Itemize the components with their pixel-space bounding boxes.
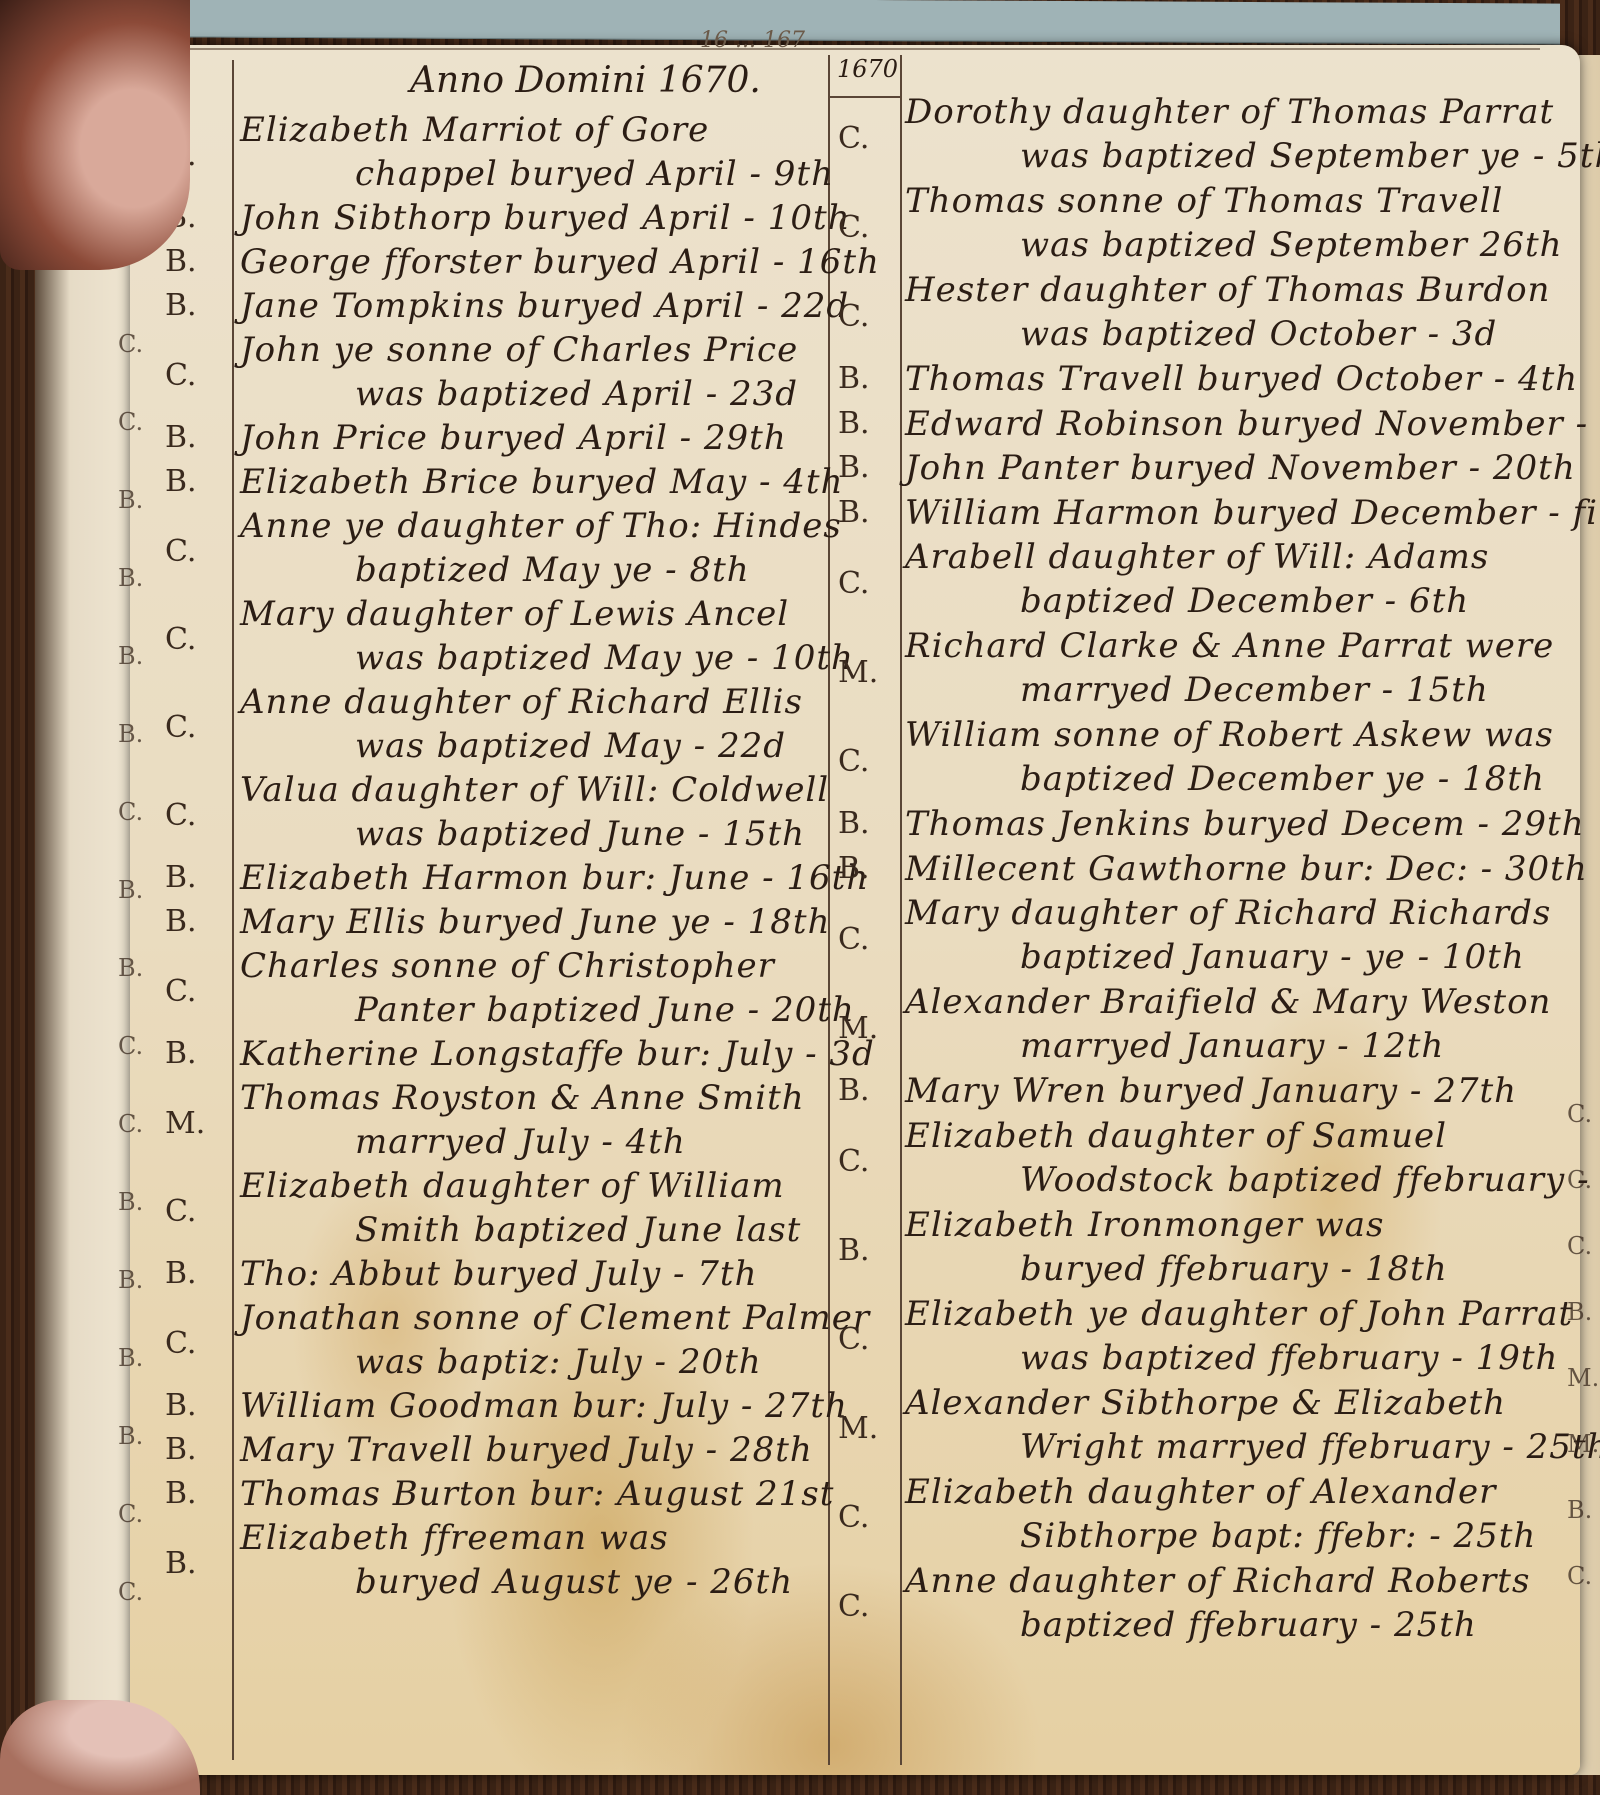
holding-thumb-top [0,0,190,270]
entry-type-mark: M. [165,1106,205,1141]
entry-type-mark: B. [838,851,870,886]
entry-line-name: Thomas Travell buryed October - 4th [905,357,1578,401]
register-entry: Thomas sonne of Thomas Travellwas baptiz… [905,179,1563,267]
register-entry: Elizabeth Marriot of Gorechappel buryed … [240,108,834,196]
register-entry: William sonne of Robert Askew wasbaptize… [905,713,1554,801]
entry-line-date: was baptized ffebruary - 19th [905,1336,1573,1380]
entry-line-name: Mary daughter of Richard Richards [905,891,1551,935]
entry-line-name: John Sibthorp buryed April - 10th [240,196,851,240]
margin-mark: C. [118,798,143,826]
register-entry: Thomas Jenkins buryed Decem - 29th [905,802,1585,846]
register-entry: Dorothy daughter of Thomas Parratwas bap… [905,90,1600,178]
margin-mark: C. [118,1500,143,1528]
margin-mark: C. [118,1032,143,1060]
register-entry: Elizabeth Brice buryed May - 4th [240,460,844,504]
entry-line-date: Smith baptized June last [240,1208,801,1252]
entry-type-mark: M. [838,1011,878,1046]
register-entry: Elizabeth daughter of SamuelWoodstock ba… [905,1114,1600,1202]
register-entry: Anne ye daughter of Tho: Hindesbaptized … [240,504,842,592]
margin-mark: B. [118,486,143,514]
register-entry: Hester daughter of Thomas Burdonwas bapt… [905,268,1550,356]
entry-type-mark: M. [838,655,878,690]
entry-type-mark: C. [838,1589,869,1624]
entry-line-name: Arabell daughter of Will: Adams [905,535,1489,579]
entry-line-date: marryed December - 15th [905,668,1554,712]
register-entry: William Harmon buryed December - first [905,491,1600,535]
top-page-rule [190,48,1540,50]
entry-line-date: marryed January - 12th [905,1024,1551,1068]
register-entry: Charles sonne of ChristopherPanter bapti… [240,944,855,1032]
register-entry: Edward Robinson buryed November - 18th [905,402,1600,446]
margin-mark: B. [1567,1496,1592,1524]
register-entry: John Sibthorp buryed April - 10th [240,196,851,240]
entry-line-name: Anne daughter of Richard Roberts [905,1559,1530,1603]
margin-mark: C. [118,1578,143,1606]
entry-line-name: Tho: Abbut buryed July - 7th [240,1252,757,1296]
register-entry: Elizabeth daughter of WilliamSmith bapti… [240,1164,801,1252]
entry-line-date: Woodstock baptized ffebruary - 15th [905,1158,1600,1202]
margin-mark: B. [118,720,143,748]
register-entry: Elizabeth ffreeman wasburyed August ye -… [240,1516,793,1604]
entry-type-mark: C. [165,974,196,1009]
entry-type-mark: B. [165,1036,197,1071]
page-heading: Anno Domini 1670. [410,60,761,101]
entry-type-mark: C. [838,121,869,156]
register-entry: Anne daughter of Richard Robertsbaptized… [905,1559,1530,1647]
year-box-underline [828,96,900,98]
register-entry: William Goodman bur: July - 27th [240,1384,848,1428]
margin-mark: B. [118,1344,143,1372]
register-entry: Richard Clarke & Anne Parrat weremarryed… [905,624,1554,712]
entry-line-name: Mary Travell buryed July - 28th [240,1428,813,1472]
entry-type-mark: B. [165,244,197,279]
margin-mark: B. [118,1188,143,1216]
register-entry: Katherine Longstaffe bur: July - 3d [240,1032,875,1076]
right-margin-rule [900,55,902,1765]
margin-mark: C. [1567,1562,1592,1590]
entry-line-date: baptized January - ye - 10th [905,935,1551,979]
register-entry: John ye sonne of Charles Pricewas baptiz… [240,328,798,416]
entry-line-date: was baptized September 26th [905,223,1563,267]
register-entry: Millecent Gawthorne bur: Dec: - 30th [905,847,1588,891]
entry-type-mark: C. [165,358,196,393]
entry-line-date: was baptiz: July - 20th [240,1340,870,1384]
entry-line-date: was baptized September ye - 5th [905,134,1600,178]
margin-mark: C. [118,1110,143,1138]
margin-mark: B. [118,954,143,982]
entry-line-name: Jonathan sonne of Clement Palmer [240,1296,870,1340]
entry-type-mark: B. [165,464,197,499]
register-entry: Thomas Royston & Anne Smithmarryed July … [240,1076,805,1164]
entry-type-mark: B. [838,361,870,396]
register-entry: Thomas Travell buryed October - 4th [905,357,1578,401]
entry-line-date: baptized December ye - 18th [905,757,1554,801]
margin-mark: B. [118,876,143,904]
entry-line-name: Valua daughter of Will: Coldwell [240,768,829,812]
entry-line-name: Anne daughter of Richard Ellis [240,680,803,724]
right-column-year: 1670 [837,55,898,83]
register-entry: Jonathan sonne of Clement Palmerwas bapt… [240,1296,870,1384]
entry-line-name: Thomas Jenkins buryed Decem - 29th [905,802,1585,846]
entry-line-name: Katherine Longstaffe bur: July - 3d [240,1032,875,1076]
register-entry: Mary Travell buryed July - 28th [240,1428,813,1472]
entry-type-mark: B. [165,1256,197,1291]
entry-type-mark: B. [165,420,197,455]
entry-line-name: Elizabeth daughter of Alexander [905,1470,1536,1514]
margin-mark: C. [1567,1166,1592,1194]
entry-line-name: Charles sonne of Christopher [240,944,855,988]
entry-type-mark: C. [838,299,869,334]
entry-line-name: Thomas Royston & Anne Smith [240,1076,805,1120]
entry-type-mark: C. [165,1194,196,1229]
entry-line-name: Elizabeth daughter of William [240,1164,801,1208]
entry-line-date: Panter baptized June - 20th [240,988,855,1032]
entry-line-name: William sonne of Robert Askew was [905,713,1554,757]
entry-line-date: baptized ffebruary - 25th [905,1603,1530,1647]
entry-type-mark: C. [838,210,869,245]
entry-line-name: Dorothy daughter of Thomas Parrat [905,90,1600,134]
entry-line-name: John Panter buryed November - 20th [905,446,1576,490]
register-entry: John Price buryed April - 29th [240,416,787,460]
entry-line-name: Edward Robinson buryed November - 18th [905,402,1600,446]
entry-line-date: was baptized May ye - 10th [240,636,854,680]
margin-mark: B. [118,1422,143,1450]
margin-mark: C. [118,330,143,358]
entry-line-name: Elizabeth Harmon bur: June - 16th [240,856,869,900]
entry-line-date: Wright marryed ffebruary - 25th [905,1425,1600,1469]
entry-type-mark: C. [165,798,196,833]
entry-type-mark: B. [165,1546,197,1581]
entry-line-name: John ye sonne of Charles Price [240,328,798,372]
register-entry: Elizabeth Harmon bur: June - 16th [240,856,869,900]
entry-line-name: Elizabeth ye daughter of John Parrat [905,1292,1573,1336]
register-entry: Mary daughter of Lewis Ancelwas baptized… [240,592,854,680]
register-entry: Arabell daughter of Will: Adamsbaptized … [905,535,1489,623]
entry-line-date: Sibthorpe bapt: ffebr: - 25th [905,1514,1536,1558]
entry-line-name: William Goodman bur: July - 27th [240,1384,848,1428]
entry-line-date: was baptized May - 22d [240,724,803,768]
register-entry: Tho: Abbut buryed July - 7th [240,1252,757,1296]
cut-off-top-text: 16 ... 167 [700,28,805,53]
entry-type-mark: B. [838,806,870,841]
entry-line-name: Richard Clarke & Anne Parrat were [905,624,1554,668]
entry-line-name: Anne ye daughter of Tho: Hindes [240,504,842,548]
entry-type-mark: B. [165,1476,197,1511]
entry-line-date: baptized December - 6th [905,579,1489,623]
entry-line-date: buryed ffebruary - 18th [905,1247,1448,1291]
entry-line-date: marryed July - 4th [240,1120,805,1164]
entry-type-mark: B. [165,904,197,939]
entry-line-date: was baptized June - 15th [240,812,829,856]
register-entry: Elizabeth daughter of AlexanderSibthorpe… [905,1470,1536,1558]
entry-type-mark: B. [165,288,197,323]
margin-mark: M. [1567,1364,1599,1392]
entry-line-name: George fforster buryed April - 16th [240,240,880,284]
margin-mark: M. [1567,1430,1599,1458]
entry-type-mark: C. [165,622,196,657]
entry-line-date: buryed August ye - 26th [240,1560,793,1604]
entry-type-mark: B. [838,1233,870,1268]
entry-type-mark: C. [838,744,869,779]
entry-type-mark: M. [838,1411,878,1446]
register-entry: Anne daughter of Richard Elliswas baptiz… [240,680,803,768]
margin-mark: B. [118,642,143,670]
entry-type-mark: C. [838,1144,869,1179]
entry-type-mark: C. [838,922,869,957]
entry-line-name: Elizabeth ffreeman was [240,1516,793,1560]
entry-line-name: Millecent Gawthorne bur: Dec: - 30th [905,847,1588,891]
entry-type-mark: B. [838,495,870,530]
entry-line-name: Elizabeth Ironmonger was [905,1203,1448,1247]
entry-line-date: was baptized April - 23d [240,372,798,416]
entry-line-name: Elizabeth Marriot of Gore [240,108,834,152]
register-entry: Mary Ellis buryed June ye - 18th [240,900,830,944]
entry-line-name: Mary daughter of Lewis Ancel [240,592,854,636]
left-margin-rule [232,60,234,1760]
entry-line-name: Alexander Sibthorpe & Elizabeth [905,1381,1600,1425]
entry-line-name: Elizabeth Brice buryed May - 4th [240,460,844,504]
register-entry: Alexander Braifield & Mary Westonmarryed… [905,980,1551,1068]
entry-type-mark: C. [838,1500,869,1535]
blue-flyleaf-edge [190,0,1560,45]
entry-line-name: Mary Ellis buryed June ye - 18th [240,900,830,944]
entry-type-mark: C. [165,534,196,569]
margin-mark: B. [1567,1298,1592,1326]
entry-line-name: John Price buryed April - 29th [240,416,787,460]
entry-type-mark: C. [165,1326,196,1361]
entry-type-mark: B. [838,406,870,441]
entry-line-date: was baptized October - 3d [905,312,1550,356]
entry-line-name: Thomas Burton bur: August 21st [240,1472,834,1516]
margin-mark: C. [1567,1100,1592,1128]
margin-mark: C. [118,408,143,436]
register-entry: Jane Tompkins buryed April - 22d [240,284,849,328]
register-entry: Elizabeth Ironmonger wasburyed ffebruary… [905,1203,1448,1291]
register-entry: Elizabeth ye daughter of John Parratwas … [905,1292,1573,1380]
entry-line-name: Jane Tompkins buryed April - 22d [240,284,849,328]
register-entry: Valua daughter of Will: Coldwellwas bapt… [240,768,829,856]
entry-type-mark: C. [165,710,196,745]
margin-mark: C. [1567,1232,1592,1260]
entry-type-mark: C. [838,1322,869,1357]
register-entry: Mary daughter of Richard Richardsbaptize… [905,891,1551,979]
entry-type-mark: B. [838,1073,870,1108]
register-entry: George fforster buryed April - 16th [240,240,880,284]
margin-mark: B. [118,564,143,592]
entry-line-date: baptized May ye - 8th [240,548,842,592]
entry-type-mark: C. [838,566,869,601]
entry-line-name: Hester daughter of Thomas Burdon [905,268,1550,312]
entry-line-name: Mary Wren buryed January - 27th [905,1069,1517,1113]
entry-line-name: Elizabeth daughter of Samuel [905,1114,1600,1158]
entry-type-mark: B. [165,1432,197,1467]
entry-type-mark: B. [838,450,870,485]
entry-line-name: Thomas sonne of Thomas Travell [905,179,1563,223]
register-entry: John Panter buryed November - 20th [905,446,1576,490]
register-entry: Alexander Sibthorpe & ElizabethWright ma… [905,1381,1600,1469]
register-entry: Mary Wren buryed January - 27th [905,1069,1517,1113]
entry-type-mark: B. [165,860,197,895]
margin-mark: B. [118,1266,143,1294]
entry-line-name: Alexander Braifield & Mary Weston [905,980,1551,1024]
entry-line-date: chappel buryed April - 9th [240,152,834,196]
entry-type-mark: B. [165,1388,197,1423]
register-entry: Thomas Burton bur: August 21st [240,1472,834,1516]
entry-line-name: William Harmon buryed December - first [905,491,1600,535]
